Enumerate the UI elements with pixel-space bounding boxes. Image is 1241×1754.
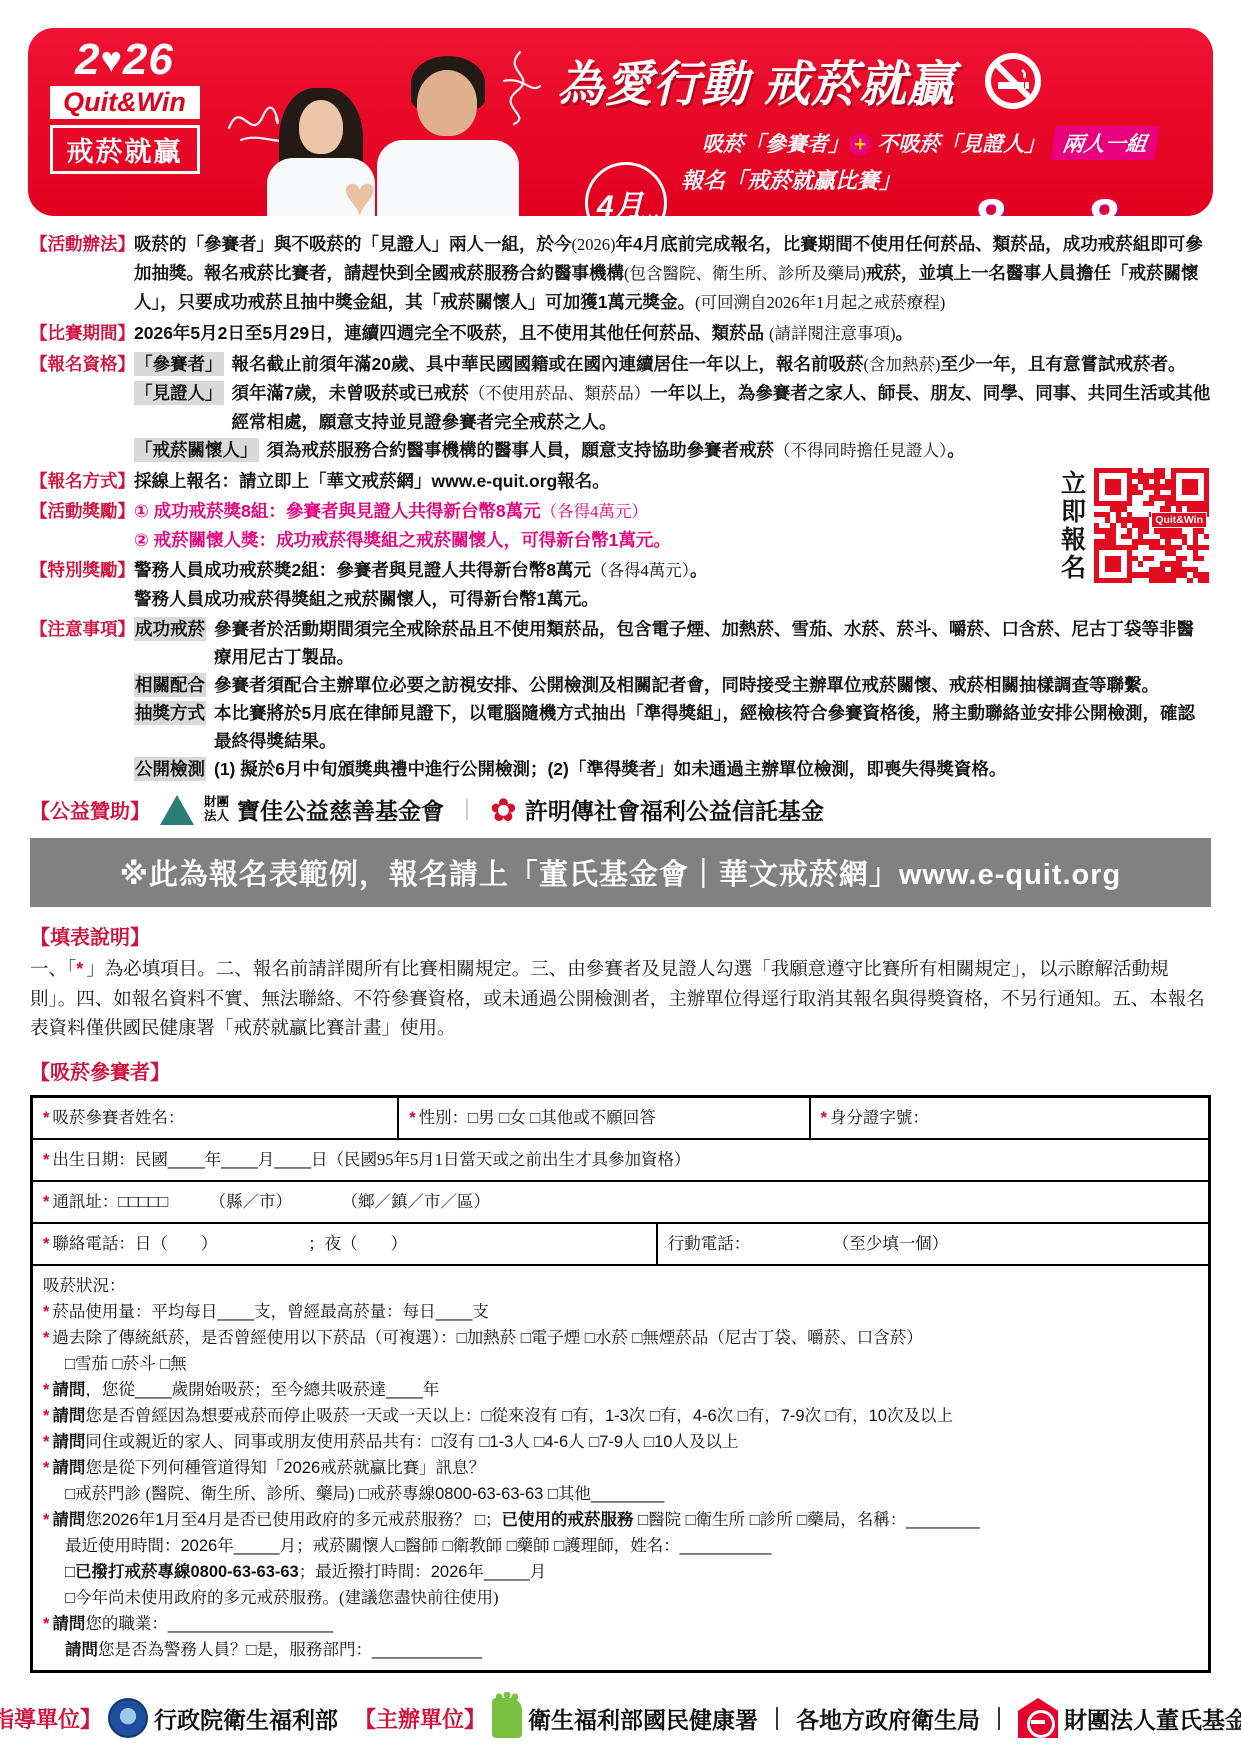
section: 【注意事項】成功戒菸參賽者於活動期間須完全戒除菸品且不使用類菸品，包含電子煙、加… xyxy=(30,615,1211,783)
section-paragraph: ② 戒菸關懷人獎：成功戒菸得獎組之戒菸關懷人，可得新台幣1萬元。 xyxy=(134,526,1211,554)
section-paragraph: 「見證人」須年滿7歲，未曾吸菸或已戒菸（不使用菸品、類菸品）一年以上，為參賽者之… xyxy=(134,379,1211,436)
person-participant xyxy=(373,56,523,216)
form-row: *吸菸參賽者姓名：*性別：□男 □女 □其他或不願回答*身分證字號： xyxy=(33,1098,1208,1138)
organizer-label: 【主辦單位】 xyxy=(354,1703,486,1734)
moh-seal-icon xyxy=(108,1698,148,1738)
form-row: *出生日期：民國____年____月____日（民國95年5月1日當天或之前出生… xyxy=(33,1138,1208,1180)
promo-prize-line: 成功戒菸組就有機會抽中獎金 8 萬元 有 8 組 xyxy=(681,195,1145,216)
form-line[interactable]: *出生日期：民國____年____月____日（民國95年5月1日當天或之前出生… xyxy=(43,1147,1198,1173)
logo-slogan-box: 戒菸就贏 xyxy=(50,125,200,174)
form-line[interactable]: *請問您的職業：__________________ xyxy=(43,1611,1198,1637)
section-paragraph: 相關配合參賽者須配合主辦單位必要之訪視安排、公開檢測及相關記者會，同時接受主辦單… xyxy=(134,671,1211,699)
campaign-headline: 為愛行動 戒菸就贏 xyxy=(557,46,955,116)
campaign-promo: 為愛行動 戒菸就贏 吸菸「參賽者」+ 不吸菸「見證人」兩人一組 4月 xyxy=(553,28,1213,216)
campaign-logo: 2♥26 Quit&Win 戒菸就贏 xyxy=(28,28,203,216)
section-label: 【報名資格】 xyxy=(30,350,134,465)
section-paragraph: 警務人員成功戒菸獎2組：參賽者與見證人共得新台幣8萬元（各得4萬元）。 xyxy=(134,556,1211,585)
logo-quit-and-win: Quit&Win xyxy=(50,86,200,119)
form-field[interactable]: *聯絡電話：日（ ） ；夜（ ） xyxy=(33,1224,656,1264)
campaign-banner: 2♥26 Quit&Win 戒菸就贏 xyxy=(28,28,1213,216)
qr-vertical-label: 立即報名 xyxy=(1061,468,1086,583)
plum-flower-icon: ✿ xyxy=(490,794,517,826)
form-line[interactable]: *請問同住或親近的家人、同事或朋友使用菸品共有：□沒有 □1-3人 □4-6人 … xyxy=(43,1429,1198,1455)
section-paragraph: 採線上報名：請立即上「華文戒菸網」www.e-quit.org報名。 xyxy=(134,467,1211,495)
form-row: *聯絡電話：日（ ） ；夜（ ）行動電話： （至少填一個） xyxy=(33,1222,1208,1264)
sponsor-org-2: 許明傳社會福利公益信託基金 xyxy=(525,793,824,826)
sub-label: 「戒菸關懷人」 xyxy=(134,438,259,462)
section-paragraph: 警務人員成功戒菸得獎組之戒菸關懷人，可得新台幣1萬元。 xyxy=(134,585,1211,613)
form-line[interactable]: *請問，您從____歲開始吸菸；至今總共吸菸達____年 xyxy=(43,1377,1198,1403)
campaign-photo: ♥ xyxy=(203,28,553,216)
form-line[interactable]: 吸菸狀況： xyxy=(43,1273,1198,1299)
prize-groups: 8 xyxy=(1084,195,1119,216)
quit-and-win-registration-poster: 2♥26 Quit&Win 戒菸就贏 xyxy=(0,0,1241,1754)
form-line[interactable]: *請問您2026年1月至4月是否已使用政府的多元戒菸服務？ □；已使用的戒菸服務… xyxy=(43,1507,1198,1533)
section: 【活動辦法】吸菸的「參賽者」與不吸菸的「見證人」兩人一組，於今(2026)年4月… xyxy=(30,230,1211,317)
form-field[interactable]: *吸菸參賽者姓名： xyxy=(33,1098,397,1138)
plus-icon: + xyxy=(849,133,871,156)
organizer-org-2: 各地方政府衛生局 xyxy=(796,1702,980,1735)
section-label: 【報名方式】 xyxy=(30,467,134,495)
sponsor-row: 【公益贊助】 財團法人 寶佳公益慈善基金會 ｜ ✿ 許明傳社會福利公益信託基金 xyxy=(30,793,1211,826)
form-line[interactable]: 行動電話： （至少填一個） xyxy=(668,1231,1198,1257)
deadline-badge: 4月 底前 xyxy=(585,162,667,216)
form-row: *通訊址：□□□□□ （縣／市） （鄉／鎮／市／區） xyxy=(33,1180,1208,1222)
section-label: 【活動辦法】 xyxy=(30,230,134,317)
form-line[interactable]: □今年尚未使用政府的多元戒菸服務。(建議您盡快前往使用) xyxy=(43,1585,1198,1611)
section: 【特別獎勵】警務人員成功戒菸獎2組：參賽者與見證人共得新台幣8萬元（各得4萬元）… xyxy=(30,556,1211,613)
form-line[interactable]: 請問您是否為警務人員？□是，服務部門：____________ xyxy=(43,1637,1198,1663)
section-paragraph: 吸菸的「參賽者」與不吸菸的「見證人」兩人一組，於今(2026)年4月底前完成報名… xyxy=(134,230,1211,317)
form-line[interactable]: *請問您是從下列何種管道得知「2026戒菸就贏比賽」訊息？ xyxy=(43,1455,1198,1481)
form-field[interactable]: 吸菸狀況：*菸品使用量：平均每日____支，曾經最高菸量：每日____支*過去除… xyxy=(33,1266,1208,1670)
logo-year: 2♥26 xyxy=(46,38,203,82)
form-line[interactable]: *菸品使用量：平均每日____支，曾經最高菸量：每日____支 xyxy=(43,1299,1198,1325)
form-row: 吸菸狀況：*菸品使用量：平均每日____支，曾經最高菸量：每日____支*過去除… xyxy=(33,1264,1208,1670)
qr-code[interactable]: Quit&Win xyxy=(1094,468,1209,583)
registration-form-table: *吸菸參賽者姓名：*性別：□男 □女 □其他或不願回答*身分證字號：*出生日期：… xyxy=(30,1095,1211,1673)
form-field[interactable]: *出生日期：民國____年____月____日（民國95年5月1日當天或之前出生… xyxy=(33,1140,1208,1180)
form-line[interactable]: □已撥打戒菸專線0800-63-63-63；最近撥打時間：2026年_____月 xyxy=(43,1559,1198,1585)
info-sections: 【活動辦法】吸菸的「參賽者」與不吸菸的「見證人」兩人一組，於今(2026)年4月… xyxy=(30,230,1211,783)
form-field[interactable]: *通訊址：□□□□□ （縣／市） （鄉／鎮／市／區） xyxy=(33,1182,1208,1222)
section-paragraph: 公開檢測(1) 擬於6月中旬頒獎典禮中進行公開檢測；(2)「準得獎者」如未通過主… xyxy=(134,755,1211,783)
form-line[interactable]: *通訊址：□□□□□ （縣／市） （鄉／鎮／市／區） xyxy=(43,1189,1198,1215)
section-paragraph: 「參賽者」報名截止前須年滿20歲、具中華民國國籍或在國內連續居住一年以上，報名前… xyxy=(134,350,1211,379)
sub-label: 相關配合 xyxy=(134,673,206,697)
sample-form-notice: ※此為報名表範例，報名請上「董氏基金會｜華文戒菸網」www.e-quit.org xyxy=(30,838,1211,907)
section-paragraph: 抽獎方式本比賽將於5月底在律師見證下，以電腦隨機方式抽出「準得獎組」，經檢核符合… xyxy=(134,699,1211,755)
form-line[interactable]: 最近使用時間：2026年_____月；戒菸關懷人□醫師 □衛教師 □藥師 □護理… xyxy=(43,1533,1198,1559)
form-line[interactable]: *請問您是否曾經因為想要戒菸而停止吸菸一天或一天以上：□從來沒有 □有，1-3次… xyxy=(43,1403,1198,1429)
section-label: 【比賽期間】 xyxy=(30,319,134,348)
section-label: 【活動獎勵】 xyxy=(30,497,134,554)
section-paragraph: 2026年5月2日至5月29日，連續四週完全不吸菸，且不使用其他任何菸品、類菸品… xyxy=(134,319,1211,348)
corp-type-label: 財團法人 xyxy=(204,796,229,824)
john-tung-foundation-icon xyxy=(1018,1698,1058,1738)
organizer-org-3: 財團法人董氏基金會 xyxy=(1064,1702,1241,1735)
sub-label: 抽獎方式 xyxy=(134,701,206,725)
form-line[interactable]: □戒菸門診 (醫院、衛生所、診所、藥局) □戒菸專線0800-63-63-63 … xyxy=(43,1481,1198,1507)
qr-chip-label: Quit&Win xyxy=(1151,512,1207,528)
section-paragraph: ① 成功戒菸獎8組：參賽者與見證人共得新台幣8萬元（各得4萬元） xyxy=(134,497,1211,526)
sub-label: 「見證人」 xyxy=(134,381,224,405)
sponsor-org-1: 寶佳公益慈善基金會 xyxy=(237,793,444,826)
section: 【報名資格】「參賽者」報名截止前須年滿20歲、具中華民國國籍或在國內連續居住一年… xyxy=(30,350,1211,465)
smoker-participant-label: 【吸菸參賽者】 xyxy=(30,1056,1211,1085)
section: 【比賽期間】2026年5月2日至5月29日，連續四週完全不吸菸，且不使用其他任何… xyxy=(30,319,1211,348)
form-line[interactable]: □雪茄 □菸斗 □無 xyxy=(43,1351,1198,1377)
sub-label: 成功戒菸 xyxy=(134,617,206,641)
qr-register-block[interactable]: 立即報名 Quit&Win xyxy=(1061,468,1209,583)
form-line[interactable]: *過去除了傳統紙菸，是否曾經使用以下菸品（可複選）：□加熱菸 □電子煙 □水菸 … xyxy=(43,1325,1198,1351)
footer-organizers: 【指導單位】 行政院衛生福利部 【主辦單位】 衛生福利部國民健康署 ｜ 各地方政… xyxy=(0,1698,1241,1738)
sub-label: 公開檢測 xyxy=(134,757,206,781)
section: 【報名方式】採線上報名：請立即上「華文戒菸網」www.e-quit.org報名。 xyxy=(30,467,1211,495)
sponsor-divider: ｜ xyxy=(456,794,478,825)
baojia-foundation-icon xyxy=(160,795,194,825)
section-label: 【注意事項】 xyxy=(30,615,134,783)
sub-label: 「參賽者」 xyxy=(134,352,224,376)
form-field[interactable]: 行動電話： （至少填一個） xyxy=(656,1224,1208,1264)
sponsor-label: 【公益贊助】 xyxy=(30,795,150,824)
advisor-label: 【指導單位】 xyxy=(0,1703,102,1734)
form-field[interactable]: *性別：□男 □女 □其他或不願回答 xyxy=(397,1098,808,1138)
fill-instructions-label: 【填表說明】 xyxy=(30,921,1211,950)
fill-instructions-text: 一、「*」為必填項目。二、報名前請詳閱所有比賽相關規定。三、由參賽者及見證人勾選… xyxy=(30,954,1211,1042)
section-paragraph: 成功戒菸參賽者於活動期間須完全戒除菸品且不使用類菸品，包含電子煙、加熱菸、雪茄、… xyxy=(134,615,1211,671)
prize-amount: 8 xyxy=(971,195,1006,216)
form-line[interactable]: *身分證字號： xyxy=(821,1105,1199,1131)
no-smoking-icon xyxy=(984,52,1042,110)
section: 【活動獎勵】① 成功戒菸獎8組：參賽者與見證人共得新台幣8萬元（各得4萬元）② … xyxy=(30,497,1211,554)
heart-no-smoking-icon: ♥ xyxy=(101,39,123,80)
section-label: 【特別獎勵】 xyxy=(30,556,134,613)
promo-pairing: 吸菸「參賽者」+ 不吸菸「見證人」兩人一組 xyxy=(702,126,1195,160)
duo-badge: 兩人一組 xyxy=(1051,126,1160,160)
organizer-org-1: 衛生福利部國民健康署 xyxy=(528,1702,758,1735)
form-line[interactable]: *聯絡電話：日（ ） ；夜（ ） xyxy=(43,1231,646,1257)
form-line[interactable]: *吸菸參賽者姓名： xyxy=(43,1105,387,1131)
advisor-org: 行政院衛生福利部 xyxy=(154,1702,338,1735)
section-paragraph: 「戒菸關懷人」須為戒菸服務合約醫事機構的醫事人員，願意支持協助參賽者戒菸（不得同… xyxy=(134,436,1211,465)
hpa-icon xyxy=(492,1698,522,1738)
form-field[interactable]: *身分證字號： xyxy=(809,1098,1209,1138)
promo-register-line: 報名「戒菸就贏比賽」 xyxy=(681,164,1145,195)
form-line[interactable]: *性別：□男 □女 □其他或不願回答 xyxy=(409,1105,798,1131)
hands-heart-icon: ♥ xyxy=(343,163,376,216)
